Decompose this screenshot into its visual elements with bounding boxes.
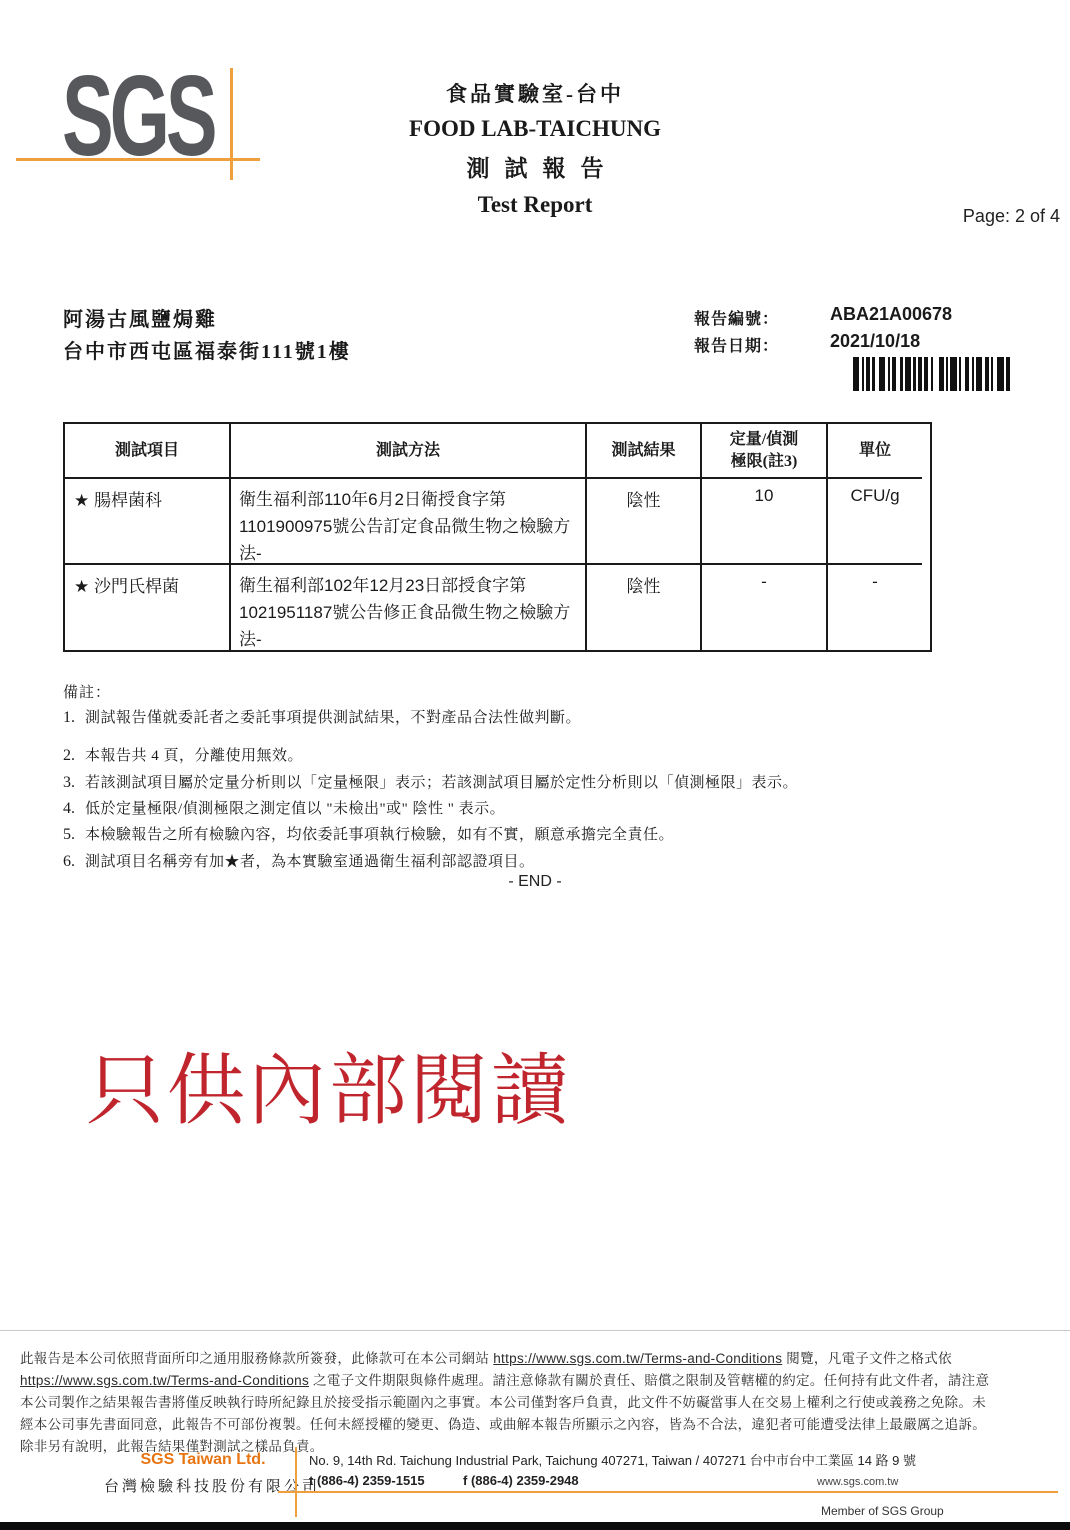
report-title-zh: 測試報告	[335, 150, 735, 183]
report-title-block: 食品實驗室-台中 FOOD LAB-TAICHUNG 測試報告 Test Rep…	[335, 78, 735, 218]
lab-title-zh: 食品實驗室-台中	[335, 78, 735, 108]
table-row-result: 陰性	[587, 565, 702, 650]
note-text: 測試項目名稱旁有加★者，為本實驗室通過衛生福利部認證項目。	[85, 854, 535, 870]
note-number: 6.	[63, 853, 75, 870]
legal-line: 此報告是本公司依照背面所印之通用服務條款所簽發，此條款可在本公司網站 https…	[20, 1348, 1060, 1370]
legal-line: 本公司製作之結果報告書將僅反映執行時所紀錄且於接受指示範圍內之事實。本公司僅對客…	[20, 1392, 1060, 1414]
bottom-black-bar	[0, 1522, 1070, 1530]
table-row-limit: 10	[702, 479, 828, 565]
footer-address: No. 9, 14th Rd. Taichung Industrial Park…	[309, 1450, 916, 1469]
note-item: 1.測試報告僅就委託者之委託事項提供測試結果，不對產品合法性做判斷。	[63, 706, 1023, 727]
col-header-unit: 單位	[828, 424, 922, 479]
legal-line: https://www.sgs.com.tw/Terms-and-Conditi…	[20, 1370, 1060, 1392]
report-date-label: 報告日期：	[694, 333, 779, 356]
logo-crosshair-horizontal-line	[16, 158, 260, 161]
note-number: 1.	[63, 709, 75, 726]
table-row-method: 衛生福利部102年12月23日部授食字第 1021951187號公告修正食品微生…	[231, 565, 587, 650]
barcode	[853, 357, 1015, 391]
table-row-item: ★ 腸桿菌科	[65, 479, 231, 565]
footer-separator-line	[0, 1330, 1070, 1331]
end-marker: - END -	[430, 873, 640, 891]
client-address: 台中市西屯區福泰街111號1樓	[63, 335, 351, 364]
lab-title-en: FOOD LAB-TAICHUNG	[335, 116, 735, 142]
footer-member-label: Member of SGS Group	[821, 1504, 944, 1518]
logo-crosshair-vertical-line	[230, 68, 233, 180]
note-text: 低於定量極限/偵測極限之測定值以 "未檢出"或" 陰性 " 表示。	[85, 801, 505, 817]
note-item: 6.測試項目名稱旁有加★者，為本實驗室通過衛生福利部認證項目。	[63, 850, 1023, 871]
table-row-unit: -	[828, 565, 922, 650]
note-number: 5.	[63, 826, 75, 843]
note-number: 3.	[63, 774, 75, 791]
note-item: 5.本檢驗報告之所有檢驗內容，均依委託事項執行檢驗，如有不實，願意承擔完全責任。	[63, 823, 1023, 844]
test-report-page: SGS 食品實驗室-台中 FOOD LAB-TAICHUNG 測試報告 Test…	[0, 0, 1070, 1530]
note-text: 本檢驗報告之所有檢驗內容，均依委託事項執行檢驗，如有不實，願意承擔完全責任。	[85, 827, 674, 843]
col-header-test-method: 測試方法	[231, 424, 587, 479]
legal-disclaimer: 此報告是本公司依照背面所印之通用服務條款所簽發，此條款可在本公司網站 https…	[20, 1348, 1060, 1458]
report-title-en: Test Report	[335, 192, 735, 218]
report-number-label: 報告編號：	[694, 306, 779, 329]
table-row-method: 衛生福利部110年6月2日衛授食字第 1101900975號公告訂定食品微生物之…	[231, 479, 587, 565]
footer-website: www.sgs.com.tw	[817, 1476, 898, 1488]
report-number-value: ABA21A00678	[830, 304, 952, 325]
note-number: 2.	[63, 747, 75, 764]
table-row-limit: -	[702, 565, 828, 650]
internal-use-watermark: 只供內部閱讀	[86, 1028, 572, 1140]
note-number: 4.	[63, 800, 75, 817]
legal-line: 經本公司事先書面同意，此報告不可部份複製。任何未經授權的變更、偽造、或曲解本報告…	[20, 1414, 1060, 1436]
footer-company-name-en: SGS Taiwan Ltd.	[108, 1451, 298, 1469]
note-text: 測試報告僅就委託者之委託事項提供測試結果，不對產品合法性做判斷。	[85, 710, 581, 726]
results-table: 測試項目 測試方法 測試結果 定量/偵測 極限(註3) 單位 ★ 腸桿菌科 衛生…	[63, 422, 932, 652]
footer-vertical-divider	[295, 1447, 297, 1517]
table-row-unit: CFU/g	[828, 479, 922, 565]
table-row-result: 陰性	[587, 479, 702, 565]
page-number: Page: 2 of 4	[930, 206, 1060, 227]
note-text: 本報告共 4 頁，分離使用無效。	[85, 748, 303, 764]
col-header-test-result: 測試結果	[587, 424, 702, 479]
col-header-test-item: 測試項目	[65, 424, 231, 479]
client-name: 阿湯古風鹽焗雞	[63, 303, 217, 332]
footer-fax: f (886-4) 2359-2948	[463, 1473, 579, 1488]
note-item: 2.本報告共 4 頁，分離使用無效。	[63, 744, 1023, 765]
footer-horizontal-line	[278, 1491, 1058, 1493]
table-row-item: ★ 沙門氏桿菌	[65, 565, 231, 650]
col-header-limit: 定量/偵測 極限(註3)	[702, 424, 828, 479]
note-item: 3.若該測試項目屬於定量分析則以「定量極限」表示；若該測試項目屬於定性分析則以「…	[63, 771, 1023, 792]
note-text: 若該測試項目屬於定量分析則以「定量極限」表示；若該測試項目屬於定性分析則以「偵測…	[85, 775, 798, 791]
note-item: 4.低於定量極限/偵測極限之測定值以 "未檢出"或" 陰性 " 表示。	[63, 797, 1023, 818]
footer-telephone: t (886-4) 2359-1515	[309, 1473, 425, 1488]
notes-title: 備註：	[63, 681, 111, 702]
sgs-logo: SGS	[62, 60, 213, 174]
report-date-value: 2021/10/18	[830, 331, 920, 352]
